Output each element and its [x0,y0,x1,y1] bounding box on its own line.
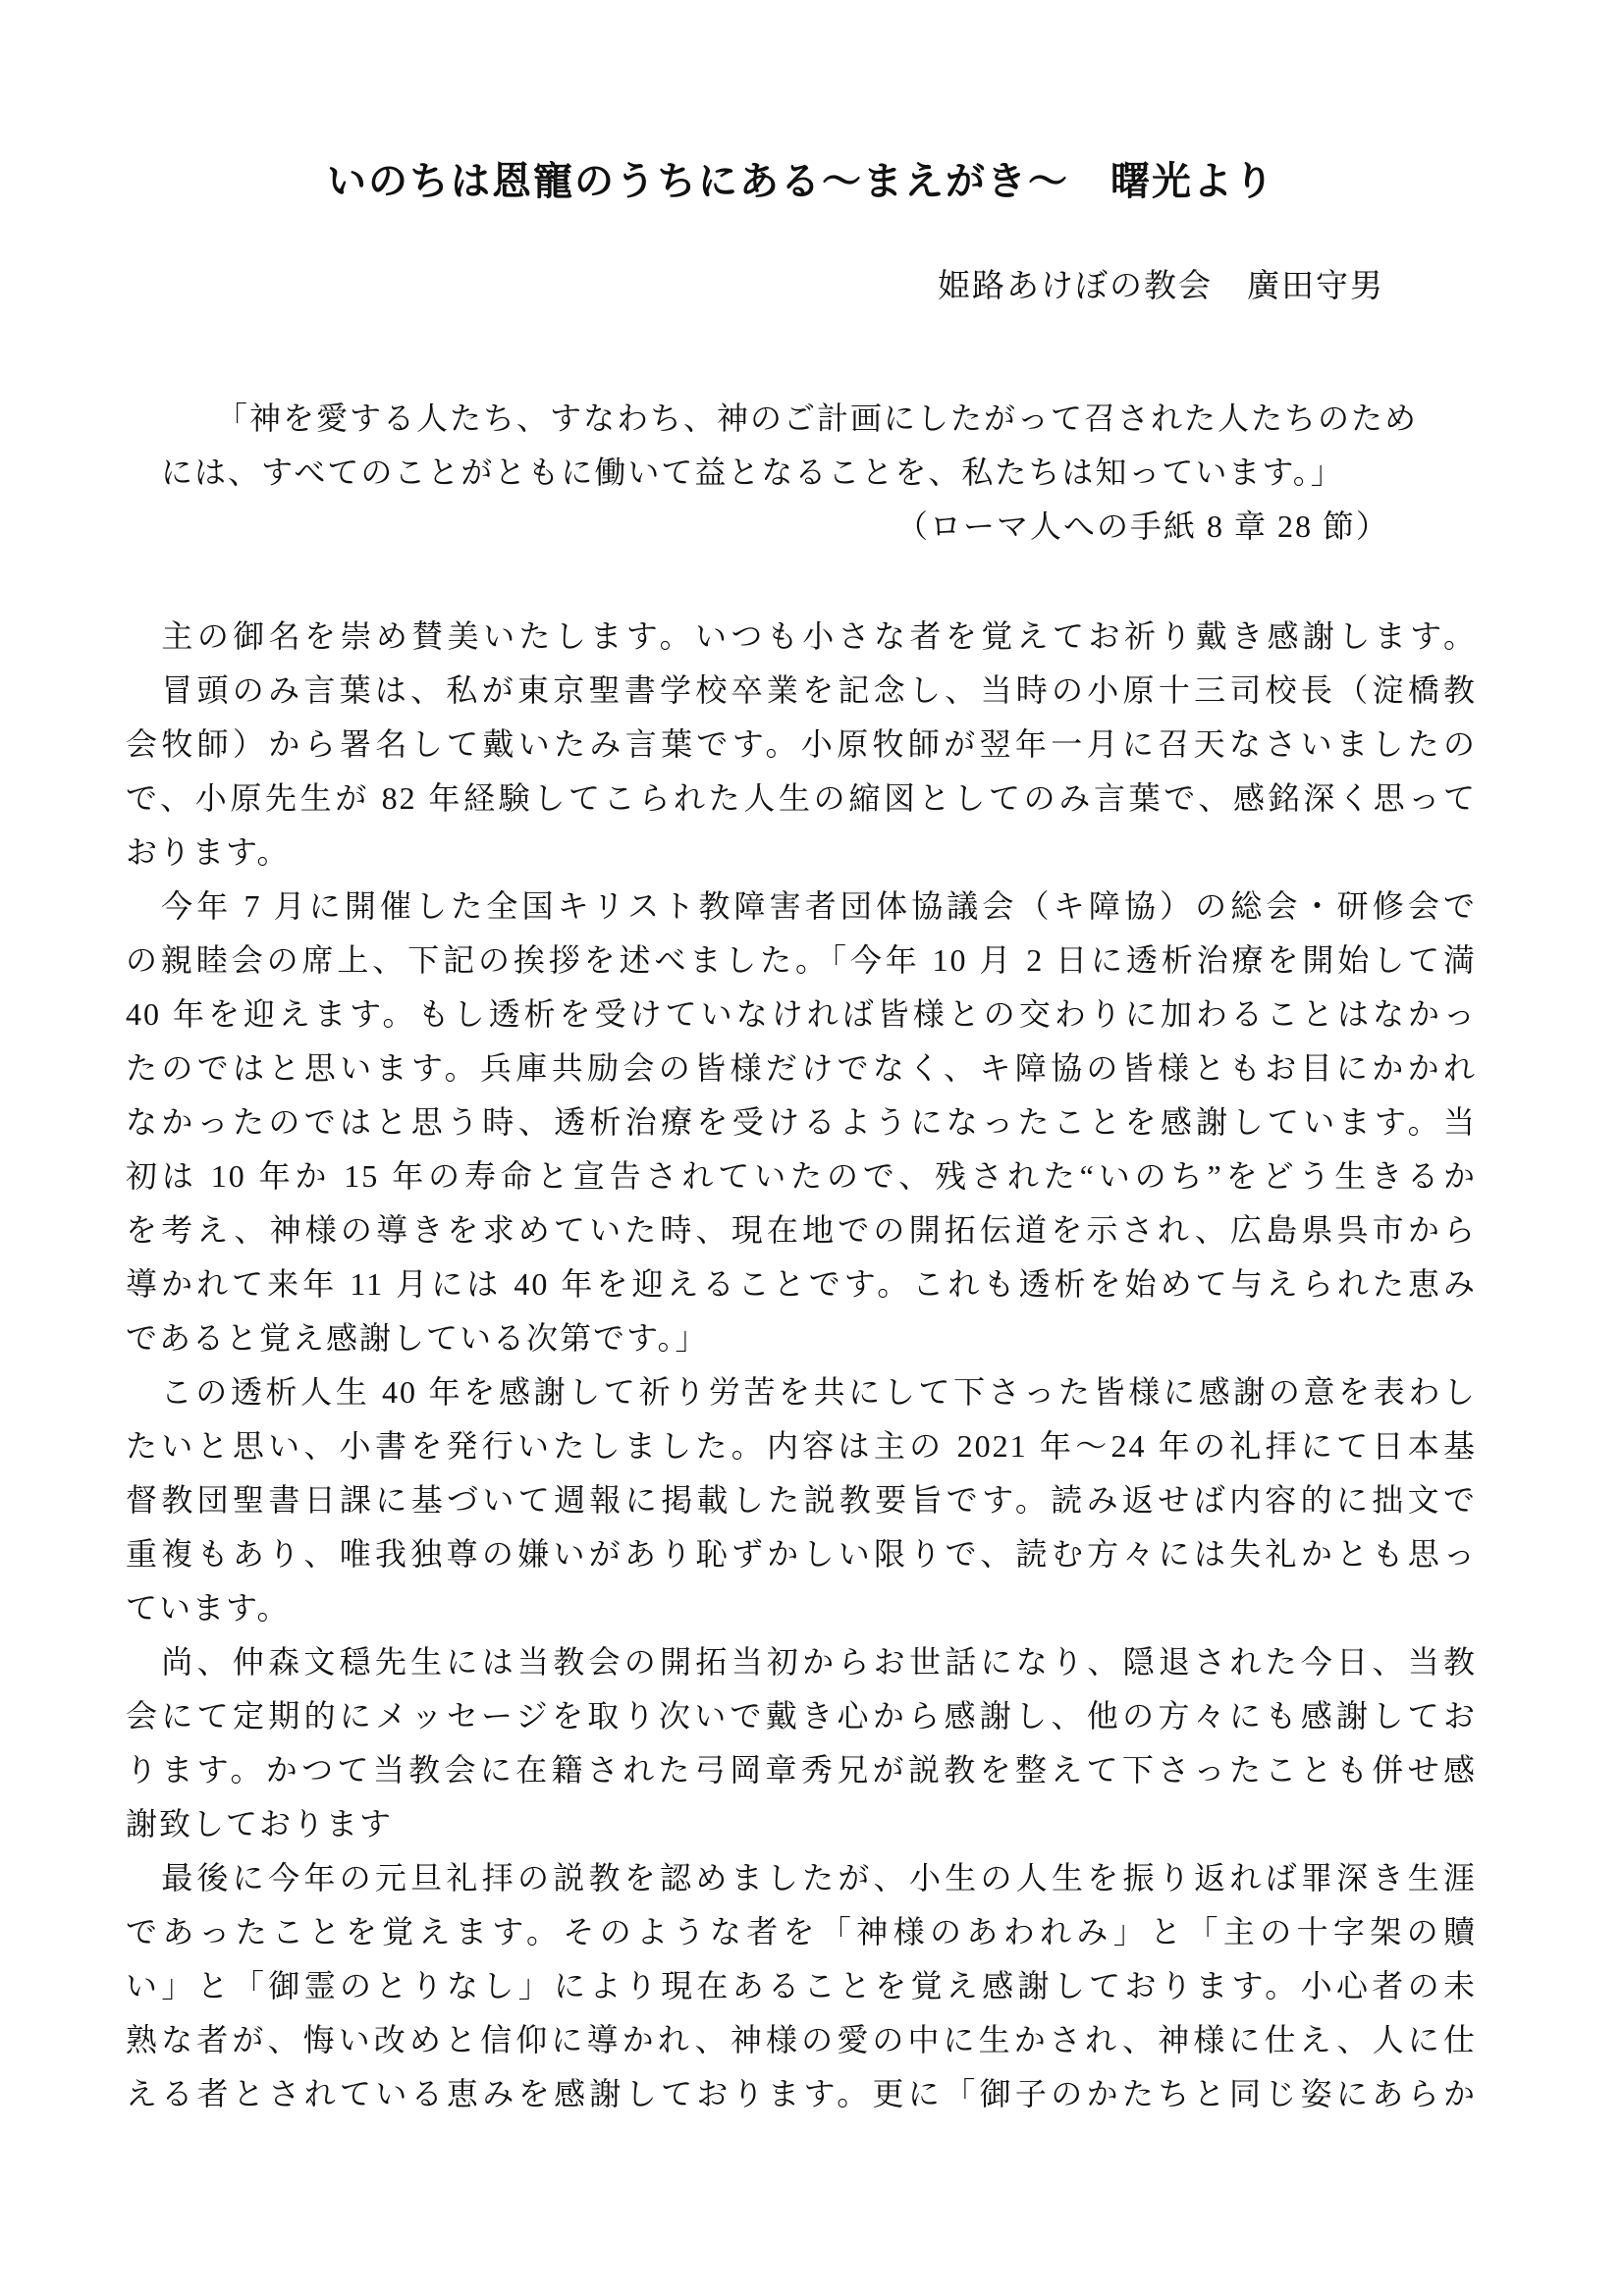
text-line: い」と「御霊のとりなし」により現在あることを覚え感謝しております。小心者の未 [126,1959,1477,2013]
text-line: で、小原先生が 82 年経験してこられた人生の縮図としてのみ言葉で、感銘深く思っ… [126,772,1477,826]
author-line: 姫路あけぼの教会 廣田守男 [126,265,1477,308]
text-line: を考え、神様の導きを求めていた時、現在地での開拓伝道を示され、広島県呉市から [126,1203,1477,1257]
text-line: おります。 [126,826,1477,880]
document-page: いのちは恩寵のうちにある～まえがき～ 曙光より 姫路あけぼの教会 廣田守男 「神… [0,0,1624,2296]
scripture-quote: 「神を愛する人たち、すなわち、神のご計画にしたがって召された人たちのため には、… [126,392,1477,554]
page-title: いのちは恩寵のうちにある～まえがき～ 曙光より [126,157,1477,206]
text-line: 主の御名を崇め賛美いたします。いつも小さな者を覚えてお祈り戴き感謝します。 [126,610,1477,664]
text-line: 冒頭のみ言葉は、私が東京聖書学校卒業を記念し、当時の小原十三司校長（淀橋教 [126,664,1477,718]
text-line: の親睦会の席上、下記の挨拶を述べました。「今年 10 月 2 日に透析治療を開始… [126,934,1477,988]
text-line: 導かれて来年 11 月には 40 年を迎えることです。これも透析を始めて与えられ… [126,1257,1477,1311]
text-line: この透析人生 40 年を感謝して祈り労苦を共にして下さった皆様に感謝の意を表わし [126,1365,1477,1419]
text-line: 初は 10 年か 15 年の寿命と宣告されていたので、残された“いのち”をどう生… [126,1149,1477,1203]
text-line: 督教団聖書日課に基づいて週報に掲載した説教要旨です。読み返せば内容的に拙文で [126,1473,1477,1527]
scripture-reference: （ローマ人への手紙 8 章 28 節） [126,500,1477,554]
text-line: 会牧師）から署名して戴いたみ言葉です。小原牧師が翌年一月に召天なさいましたの [126,718,1477,772]
quote-line: 「神を愛する人たち、すなわち、神のご計画にしたがって召された人たちのため [126,392,1477,446]
text-line: なかったのではと思う時、透析治療を受けるようになったことを感謝しています。当 [126,1095,1477,1149]
body-text: 主の御名を崇め賛美いたします。いつも小さな者を覚えてお祈り戴き感謝します。 冒頭… [126,610,1477,2121]
text-line: たのではと思います。兵庫共励会の皆様だけでなく、キ障協の皆様ともお目にかかれ [126,1041,1477,1095]
text-line: ります。かつて当教会に在籍された弓岡章秀兄が説教を整えて下さったことも併せ感 [126,1743,1477,1797]
text-line: 最後に今年の元旦礼拝の説教を認めましたが、小生の人生を振り返れば罪深き生涯 [126,1851,1477,1905]
text-line: 会にて定期的にメッセージを取り次いで戴き心から感謝し、他の方々にも感謝してお [126,1689,1477,1743]
text-line: 40 年を迎えます。もし透析を受けていなければ皆様との交わりに加わることはなかっ [126,988,1477,1041]
text-line: 今年 7 月に開催した全国キリスト教障害者団体協議会（キ障協）の総会・研修会で [126,880,1477,934]
text-line: 熟な者が、悔い改めと信仰に導かれ、神様の愛の中に生かされ、神様に仕え、人に仕 [126,2013,1477,2067]
document-content: いのちは恩寵のうちにある～まえがき～ 曙光より 姫路あけぼの教会 廣田守男 「神… [126,157,1477,2121]
text-line: 重複もあり、唯我独尊の嫌いがあり恥ずかしい限りで、読む方々には失礼かとも思っ [126,1527,1477,1581]
text-line: える者とされている恵みを感謝しております。更に「御子のかたちと同じ姿にあらか [126,2067,1477,2121]
text-line: たいと思い、小書を発行いたしました。内容は主の 2021 年～24 年の礼拝にて… [126,1419,1477,1473]
text-line: であったことを覚えます。そのような者を「神様のあわれみ」と「主の十字架の贖 [126,1905,1477,1959]
text-line: ています。 [126,1581,1477,1635]
text-line: 尚、仲森文穏先生には当教会の開拓当初からお世話になり、隠退された今日、当教 [126,1635,1477,1689]
quote-line: には、すべてのことがともに働いて益となることを、私たちは知っています。」 [126,446,1477,500]
text-line: 謝致しております [126,1797,1477,1851]
text-line: であると覚え感謝している次第です。」 [126,1311,1477,1365]
